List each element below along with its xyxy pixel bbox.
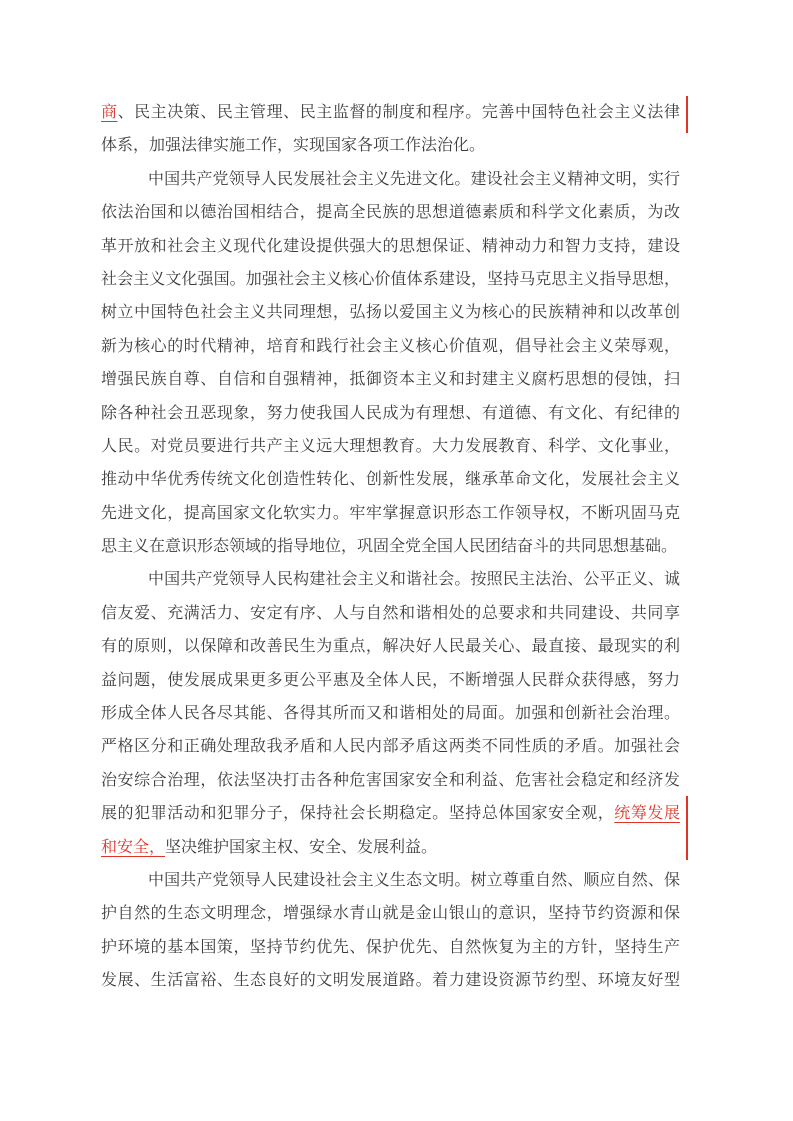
body-text: 治安综合治理，依法坚决打击各种危害国家安全和利益、危害社会稳定和经济发 bbox=[101, 772, 680, 789]
text-line: 商、民主决策、民主管理、民主监督的制度和程序。完善中国特色社会主义法律 bbox=[101, 96, 680, 129]
tracked-insertion-text: 统筹发展 bbox=[614, 805, 680, 822]
text-line: 中国共产党领导人民建设社会主义生态文明。树立尊重自然、顺应自然、保 bbox=[101, 864, 680, 897]
text-line: 革开放和社会主义现代化建设提供强大的思想保证、精神动力和智力支持，建设 bbox=[101, 230, 680, 263]
tracked-insertion-text: 商 bbox=[101, 104, 118, 121]
text-line: 推动中华优秀传统文化创造性转化、创新性发展，继承革命文化，发展社会主义 bbox=[101, 463, 680, 496]
body-text: 有的原则，以保障和改善民生为重点，解决好人民最关心、最直接、最现实的利 bbox=[101, 638, 680, 655]
body-text: 中国共产党领导人民建设社会主义生态文明。树立尊重自然、顺应自然、保 bbox=[148, 872, 680, 889]
tracked-insertion-text: 和安全， bbox=[101, 839, 165, 856]
text-line: 形成全体人民各尽其能、各得其所而又和谐相处的局面。加强和创新社会治理。 bbox=[101, 697, 680, 730]
text-line: 先进文化，提高国家文化软实力。牢牢掌握意识形态工作领导权，不断巩固马克 bbox=[101, 497, 680, 530]
body-text: 依法治国和以德治国相结合，提高全民族的思想道德素质和科学文化素质，为改 bbox=[101, 204, 680, 221]
body-text: 人民。对党员要进行共产主义远大理想教育。大力发展教育、科学、文化事业， bbox=[101, 438, 680, 455]
body-text: 革开放和社会主义现代化建设提供强大的思想保证、精神动力和智力支持，建设 bbox=[101, 238, 680, 255]
text-line: 护自然的生态文明理念，增强绿水青山就是金山银山的意识，坚持节约资源和保 bbox=[101, 897, 680, 930]
text-line: 思主义在意识形态领域的指导地位，巩固全党全国人民团结奋斗的共同思想基础。 bbox=[101, 530, 680, 563]
tracked-change-bar bbox=[686, 796, 688, 860]
body-text: 护环境的基本国策，坚持节约优先、保护优先、自然恢复为主的方针，坚持生产 bbox=[101, 939, 680, 956]
body-text: 社会主义文化强国。加强社会主义核心价值体系建设，坚持马克思主义指导思想， bbox=[101, 271, 680, 288]
body-text: 发展、生活富裕、生态良好的文明发展道路。着力建设资源节约型、环境友好型 bbox=[101, 972, 680, 989]
tracked-change-bar bbox=[686, 96, 688, 133]
text-line: 新为核心的时代精神，培育和践行社会主义核心价值观，倡导社会主义荣辱观， bbox=[101, 330, 680, 363]
body-text: 护自然的生态文明理念，增强绿水青山就是金山银山的意识，坚持节约资源和保 bbox=[101, 905, 680, 922]
body-text: 新为核心的时代精神，培育和践行社会主义核心价值观，倡导社会主义荣辱观， bbox=[101, 338, 680, 355]
text-line: 依法治国和以德治国相结合，提高全民族的思想道德素质和科学文化素质，为改 bbox=[101, 196, 680, 229]
body-text: 益问题，使发展成果更多更公平惠及全体人民，不断增强人民群众获得感，努力 bbox=[101, 672, 680, 689]
text-line: 体系，加强法律实施工作，实现国家各项工作法治化。 bbox=[101, 129, 680, 162]
body-text: 中国共产党领导人民构建社会主义和谐社会。按照民主法治、公平正义、诚 bbox=[148, 571, 680, 588]
text-line: 信友爱、充满活力、安定有序、人与自然和谐相处的总要求和共同建设、共同享 bbox=[101, 597, 680, 630]
document-page: 商、民主决策、民主管理、民主监督的制度和程序。完善中国特色社会主义法律体系，加强… bbox=[0, 0, 793, 1121]
text-line: 展的犯罪活动和犯罪分子，保持社会长期稳定。坚持总体国家安全观，统筹发展 bbox=[101, 797, 680, 830]
text-line: 中国共产党领导人民发展社会主义先进文化。建设社会主义精神文明，实行 bbox=[101, 163, 680, 196]
body-text: 增强民族自尊、自信和自强精神，抵御资本主义和封建主义腐朽思想的侵蚀，扫 bbox=[101, 371, 680, 388]
text-line: 治安综合治理，依法坚决打击各种危害国家安全和利益、危害社会稳定和经济发 bbox=[101, 764, 680, 797]
text-line: 护环境的基本国策，坚持节约优先、保护优先、自然恢复为主的方针，坚持生产 bbox=[101, 931, 680, 964]
body-text: 推动中华优秀传统文化创造性转化、创新性发展，继承革命文化，发展社会主义 bbox=[101, 471, 680, 488]
body-text: 树立中国特色社会主义共同理想，弘扬以爱国主义为核心的民族精神和以改革创 bbox=[101, 304, 680, 321]
document-body: 商、民主决策、民主管理、民主监督的制度和程序。完善中国特色社会主义法律体系，加强… bbox=[101, 96, 680, 998]
body-text: 体系，加强法律实施工作，实现国家各项工作法治化。 bbox=[101, 137, 485, 154]
body-text: 严格区分和正确处理敌我矛盾和人民内部矛盾这两类不同性质的矛盾。加强社会 bbox=[101, 738, 680, 755]
body-text: 先进文化，提高国家文化软实力。牢牢掌握意识形态工作领导权，不断巩固马克 bbox=[101, 505, 680, 522]
body-text: 形成全体人民各尽其能、各得其所而又和谐相处的局面。加强和创新社会治理。 bbox=[101, 705, 680, 722]
body-text: 坚决维护国家主权、安全、发展利益。 bbox=[165, 839, 437, 856]
text-line: 除各种社会丑恶现象，努力使我国人民成为有理想、有道德、有文化、有纪律的 bbox=[101, 397, 680, 430]
body-text: 信友爱、充满活力、安定有序、人与自然和谐相处的总要求和共同建设、共同享 bbox=[101, 605, 680, 622]
body-text: 中国共产党领导人民发展社会主义先进文化。建设社会主义精神文明，实行 bbox=[148, 171, 680, 188]
body-text: 除各种社会丑恶现象，努力使我国人民成为有理想、有道德、有文化、有纪律的 bbox=[101, 405, 680, 422]
body-text: 展的犯罪活动和犯罪分子，保持社会长期稳定。坚持总体国家安全观， bbox=[101, 805, 614, 822]
text-line: 人民。对党员要进行共产主义远大理想教育。大力发展教育、科学、文化事业， bbox=[101, 430, 680, 463]
text-line: 和安全，坚决维护国家主权、安全、发展利益。 bbox=[101, 831, 680, 864]
text-line: 中国共产党领导人民构建社会主义和谐社会。按照民主法治、公平正义、诚 bbox=[101, 563, 680, 596]
body-text: 思主义在意识形态领域的指导地位，巩固全党全国人民团结奋斗的共同思想基础。 bbox=[101, 538, 677, 555]
body-text: 、民主决策、民主管理、民主监督的制度和程序。完善中国特色社会主义法律 bbox=[118, 104, 680, 121]
text-line: 树立中国特色社会主义共同理想，弘扬以爱国主义为核心的民族精神和以改革创 bbox=[101, 296, 680, 329]
text-line: 益问题，使发展成果更多更公平惠及全体人民，不断增强人民群众获得感，努力 bbox=[101, 664, 680, 697]
text-line: 增强民族自尊、自信和自强精神，抵御资本主义和封建主义腐朽思想的侵蚀，扫 bbox=[101, 363, 680, 396]
text-line: 社会主义文化强国。加强社会主义核心价值体系建设，坚持马克思主义指导思想， bbox=[101, 263, 680, 296]
text-line: 有的原则，以保障和改善民生为重点，解决好人民最关心、最直接、最现实的利 bbox=[101, 630, 680, 663]
text-line: 严格区分和正确处理敌我矛盾和人民内部矛盾这两类不同性质的矛盾。加强社会 bbox=[101, 730, 680, 763]
text-line: 发展、生活富裕、生态良好的文明发展道路。着力建设资源节约型、环境友好型 bbox=[101, 964, 680, 997]
